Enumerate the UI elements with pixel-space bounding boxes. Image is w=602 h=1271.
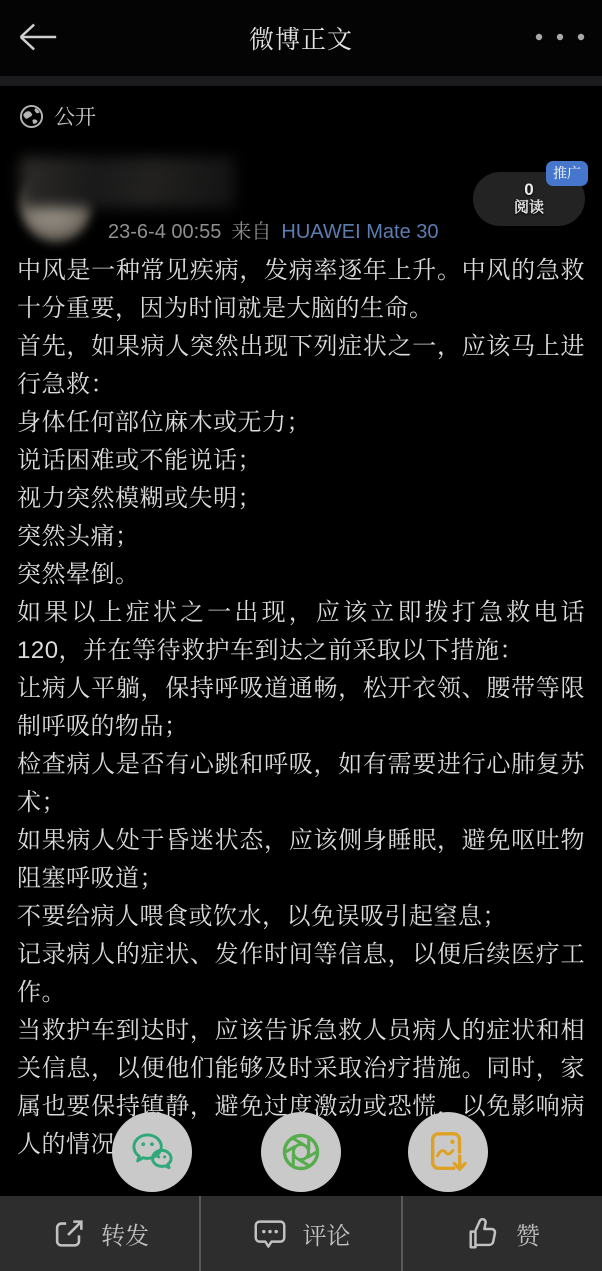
username-redacted <box>20 157 235 208</box>
post-paragraph: 如果以上症状之一出现，应该立即拨打急救电话120，并在等待救护车到达之前采取以下… <box>17 594 585 670</box>
more-dots-icon <box>531 31 589 43</box>
post-paragraph: 视力突然模糊或失明； <box>17 480 585 518</box>
visibility-label: 公开 <box>54 101 96 131</box>
post-paragraph: 突然晕倒。 <box>17 556 585 594</box>
wechat-moments-icon <box>277 1128 325 1176</box>
like-button[interactable]: 赞 <box>403 1196 602 1271</box>
save-image-button[interactable] <box>408 1112 488 1192</box>
post-paragraph: 如果病人处于昏迷状态，应该侧身睡眠，避免呕吐物阻塞呼吸道； <box>17 822 585 898</box>
comment-button[interactable]: 评论 <box>201 1196 400 1271</box>
share-moments-button[interactable] <box>261 1112 341 1192</box>
globe-icon <box>18 103 45 130</box>
weibo-post-screen: 微博正文 公开 23-6-4 00:55 来自 <box>0 0 602 1271</box>
comment-label: 评论 <box>302 1216 350 1251</box>
more-menu-button[interactable] <box>530 22 590 52</box>
share-row <box>0 1112 602 1192</box>
post-paragraph: 检查病人是否有心跳和呼吸，如有需要进行心肺复苏术； <box>17 746 585 822</box>
wechat-icon <box>129 1131 176 1174</box>
post-paragraph: 突然头痛； <box>17 518 585 556</box>
like-label: 赞 <box>516 1216 540 1251</box>
visibility-row: 公开 <box>18 101 96 131</box>
share-wechat-button[interactable] <box>112 1112 192 1192</box>
promo-badge: 推广 <box>546 161 588 186</box>
timestamp: 23-6-4 00:55 <box>108 221 221 244</box>
repost-button[interactable]: 转发 <box>0 1196 199 1271</box>
like-thumbs-up-icon <box>465 1215 503 1253</box>
back-arrow-icon <box>14 17 60 57</box>
post-paragraph: 说话困难或不能说话； <box>17 442 585 480</box>
reads-label: 阅读 <box>514 200 544 217</box>
top-navbar: 微博正文 <box>0 0 602 76</box>
repost-label: 转发 <box>101 1216 149 1251</box>
post-paragraph: 中风是一种常见疾病，发病率逐年上升。中风的急救十分重要，因为时间就是大脑的生命。 <box>17 252 585 328</box>
source-prefix: 来自 <box>231 215 271 244</box>
post-body: 中风是一种常见疾病，发病率逐年上升。中风的急救十分重要，因为时间就是大脑的生命。… <box>0 252 602 1164</box>
navbar-separator <box>0 76 602 86</box>
repost-icon <box>50 1215 88 1253</box>
bottom-action-bar: 转发 评论 赞 <box>0 1196 602 1271</box>
source-device-link[interactable]: HUAWEI Mate 30 <box>281 221 438 244</box>
post-paragraph: 身体任何部位麻木或无力； <box>17 404 585 442</box>
post-paragraph: 首先，如果病人突然出现下列症状之一，应该马上进行急救： <box>17 328 585 404</box>
reads-count: 0 <box>524 181 533 200</box>
save-image-icon <box>425 1129 471 1175</box>
page-title: 微博正文 <box>249 20 353 56</box>
post-paragraph: 记录病人的症状、发作时间等信息，以便后续医疗工作。 <box>17 936 585 1012</box>
post-paragraph: 不要给病人喂食或饮水，以免误吸引起窒息； <box>17 898 585 936</box>
post-meta: 23-6-4 00:55 来自 HUAWEI Mate 30 <box>108 215 439 244</box>
back-button[interactable] <box>14 16 62 58</box>
post-paragraph: 让病人平躺，保持呼吸道通畅，松开衣领、腰带等限制呼吸的物品； <box>17 670 585 746</box>
comment-icon <box>251 1215 289 1253</box>
